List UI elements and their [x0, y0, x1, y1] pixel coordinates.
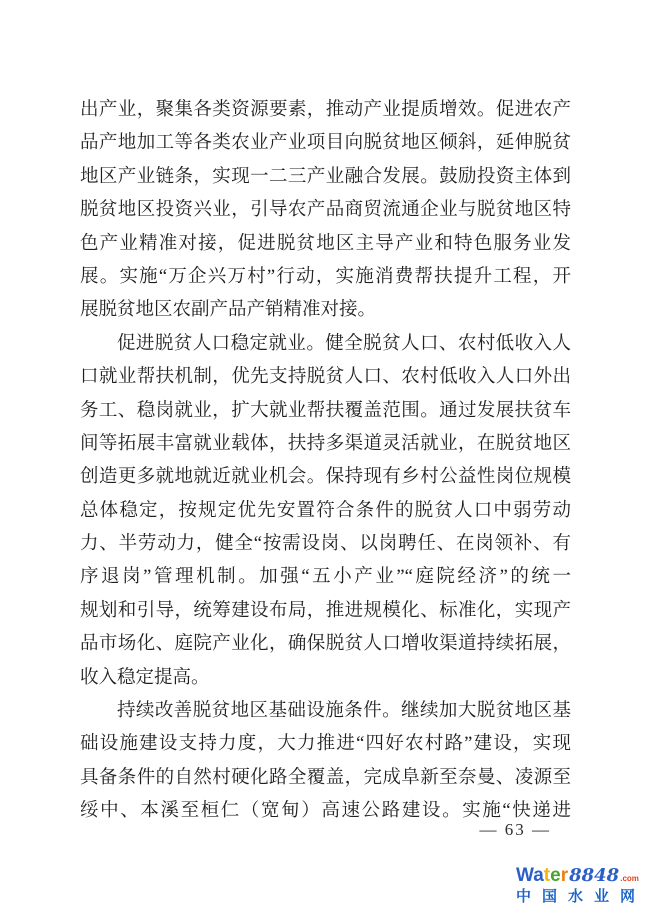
text-line: 务工、稳岗就业，扩大就业帮扶覆盖范围。通过发展扶贫车 — [80, 395, 571, 428]
text-line: 具备条件的自然村硬化路全覆盖，完成阜新至奈曼、凌源至 — [80, 762, 571, 795]
text-line: 出产业，聚集各类资源要素，推动产业提质增效。促进农产 — [80, 94, 571, 127]
text-line: 品市场化、庭院产业化，确保脱贫人口增收渠道持续拓展， — [80, 628, 571, 661]
document-page: 出产业，聚集各类资源要素，推动产业提质增效。促进农产品产地加工等各类农业产业项目… — [0, 0, 650, 919]
logo-letter: r — [561, 865, 568, 886]
text-line: 收入稳定提高。 — [80, 662, 571, 695]
text-line: 总体稳定，按规定优先安置符合条件的脱贫人口中弱劳动 — [80, 495, 571, 528]
text-line: 促进脱贫人口稳定就业。健全脱贫人口、农村低收入人 — [80, 328, 571, 361]
logo-brand-word: Water — [516, 866, 568, 885]
text-line: 口就业帮扶机制，优先支持脱贫人口、农村低收入人口外出 — [80, 361, 571, 394]
text-line: 序退岗”管理机制。加强“五小产业”“庭院经济”的统一 — [80, 561, 571, 594]
text-line: 力、半劳动力，健全“按需设岗、以岗聘任、在岗领补、有 — [80, 528, 571, 561]
logo-letter: Wa — [516, 865, 544, 886]
logo-site-name: 中国水业网 — [516, 889, 648, 904]
text-line: 地区产业链条，实现一二三产业融合发展。鼓励投资主体到 — [80, 161, 571, 194]
watermark-logo: Water 8848 .com 中国水业网 — [516, 866, 648, 904]
logo-brand-number: 8848 — [569, 867, 619, 885]
text-line: 规划和引导，统筹建设布局，推进规模化、标准化，实现产 — [80, 595, 571, 628]
text-line: 展。实施“万企兴万村”行动，实施消费帮扶提升工程，开 — [80, 261, 571, 294]
text-line: 创造更多就地就近就业机会。保持现有乡村公益性岗位规模 — [80, 461, 571, 494]
logo-brand-row: Water 8848 .com — [516, 866, 648, 885]
page-number: — 63 — — [80, 820, 551, 840]
logo-letter: e — [550, 865, 561, 886]
text-line: 础设施建设支持力度，大力推进“四好农村路”建设，实现 — [80, 728, 571, 761]
text-block: 出产业，聚集各类资源要素，推动产业提质增效。促进农产品产地加工等各类农业产业项目… — [80, 94, 571, 829]
logo-brand-tld: .com — [620, 875, 639, 883]
text-line: 持续改善脱贫地区基础设施条件。继续加大脱贫地区基 — [80, 695, 571, 728]
text-line: 展脱贫地区农副产品产销精准对接。 — [80, 294, 571, 327]
text-line: 间等拓展丰富就业载体，扶持多渠道灵活就业，在脱贫地区 — [80, 428, 571, 461]
text-line: 品产地加工等各类农业产业项目向脱贫地区倾斜，延伸脱贫 — [80, 127, 571, 160]
text-line: 脱贫地区投资兴业，引导农产品商贸流通企业与脱贫地区特 — [80, 194, 571, 227]
text-line: 色产业精准对接，促进脱贫地区主导产业和特色服务业发 — [80, 228, 571, 261]
